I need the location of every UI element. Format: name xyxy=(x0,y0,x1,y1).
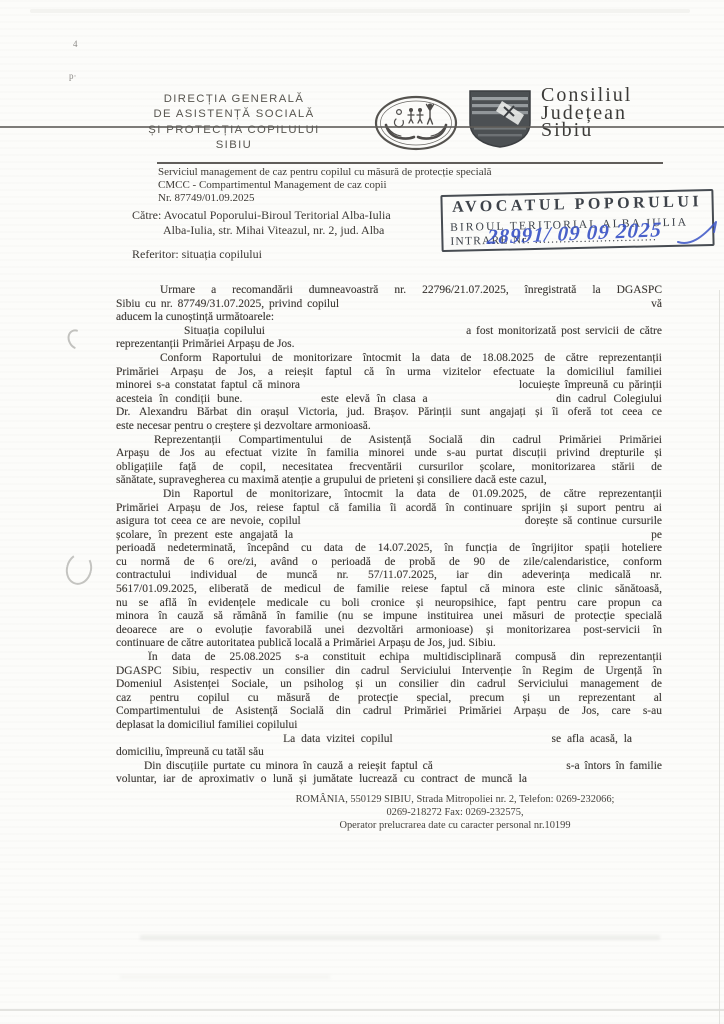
body-text: școlare, în prezent este angajată la xyxy=(116,529,293,543)
body-text: a fost monitorizată post servicii de căt… xyxy=(466,325,662,339)
body-line: Sibiu cu nr. 87749/31.07.2025, privind c… xyxy=(116,298,662,312)
ink-flourish xyxy=(676,216,722,250)
body-text: La data vizitei copilul xyxy=(283,733,393,747)
body-line: În data de 25.08.2025 s-a constituit ech… xyxy=(116,651,662,665)
body-line: deplasat la domiciliul familiei copilulu… xyxy=(116,719,662,733)
org-line: DIRECȚIA GENERALĂ xyxy=(120,92,348,107)
body-line: Din Raportul de monitorizare, întocmit l… xyxy=(116,488,662,502)
body-text: pe xyxy=(651,529,662,543)
body-line: nu se află în evidențele medicale cu bol… xyxy=(116,597,662,611)
pencil-mark-c xyxy=(64,326,89,353)
redacted-gap xyxy=(300,387,519,388)
footer-line: Operator prelucrarea date cu caracter pe… xyxy=(245,820,665,833)
body-text: este elevă în clasa a xyxy=(321,393,428,407)
body-line: minorei s-a constatat faptul că minoralo… xyxy=(116,379,662,393)
body-line: acesteia în condiții bune.este elevă în … xyxy=(116,393,662,407)
body-line: Arpașu de Jos au efectuat vizite în fami… xyxy=(116,447,662,461)
body-text: Sibiu cu nr. 87749/31.07.2025, privind c… xyxy=(116,298,339,312)
bleedthrough-smudge xyxy=(140,935,660,940)
redacted-gap xyxy=(433,768,566,769)
body-text: asigura tot ceea ce are nevoie, copilul xyxy=(116,515,301,529)
redacted-gap xyxy=(116,768,144,769)
recipient-line-2: Alba-Iulia, str. Mihai Viteazul, nr. 2, … xyxy=(163,223,384,238)
body-line: domiciliu, împreună cu tatăl său xyxy=(116,746,662,760)
recipient-line-1: Către: Avocatul Poporului-Biroul Teritor… xyxy=(132,208,391,223)
redacted-gap xyxy=(301,523,525,524)
body-line: voluntar, iar de aproximativ o lună și j… xyxy=(116,773,662,787)
bottom-scan-line xyxy=(0,1009,724,1011)
body-text: se afla acasă, la xyxy=(551,733,632,747)
body-text: minorei s-a constatat faptul că minora xyxy=(116,379,300,393)
body-text: vă xyxy=(651,298,662,312)
letter-footer: ROMÂNIA, 550129 SIBIU, Strada Mitropolie… xyxy=(245,794,665,833)
footer-line: 0269-218272 Fax: 0269-232575, xyxy=(245,807,665,820)
body-text: din cadrul Colegiului xyxy=(556,393,662,407)
org-line: SIBIU xyxy=(120,138,348,153)
body-line: caz pentru copilul cu măsură de protecți… xyxy=(116,692,662,706)
body-line: Din discuțiile purtate cu minora în cauz… xyxy=(116,760,662,774)
redacted-gap xyxy=(242,401,321,402)
redacted-gap xyxy=(393,741,552,742)
redacted-gap xyxy=(265,333,466,334)
body-line: obligațiile față de copil, necesitatea f… xyxy=(116,461,662,475)
body-line: DGASPC Sibiu, respectiv un consilier din… xyxy=(116,665,662,679)
body-text: locuiește împreună cu părinții xyxy=(519,379,662,393)
redacted-gap xyxy=(116,333,184,334)
redacted-gap xyxy=(339,306,651,307)
body-line: deoarece are o evoluție favorabilă unei … xyxy=(116,624,662,638)
page-edge-line xyxy=(719,290,720,1024)
council-line: Sibiu xyxy=(541,122,632,140)
dgaspc-hands-children-logo-icon xyxy=(374,95,458,151)
body-line: 5617/01.09.2025, eliberată de medicul de… xyxy=(116,583,662,597)
redacted-gap xyxy=(293,537,651,538)
org-header: DIRECȚIA GENERALĂ DE ASISTENȚĂ SOCIALĂ Ș… xyxy=(120,92,348,154)
body-line: asigura tot ceea ce are nevoie, copiluld… xyxy=(116,515,662,529)
body-line: sănătate, supravegherea cu maximă atenți… xyxy=(116,474,662,488)
body-line: este necesar pentru o creștere și dezvol… xyxy=(116,420,662,434)
service-line: CMCC - Compartimentul Management de caz … xyxy=(158,179,492,192)
body-text: s-a întors în familie xyxy=(566,760,662,774)
body-line: La data vizitei copilulse afla acasă, la xyxy=(116,733,662,747)
sibiu-coat-of-arms-icon xyxy=(468,89,532,149)
body-line: școlare, în prezent este angajată lape xyxy=(116,529,662,543)
body-line: minora în cauză să rămână în familie (nu… xyxy=(116,610,662,624)
body-line: perioadă nedeterminată, începând cu data… xyxy=(116,542,662,556)
body-line: Primăriei Arpașu de Jos, reiese faptul c… xyxy=(116,502,662,516)
bleedthrough-smudge xyxy=(120,975,330,979)
body-text: Din discuțiile purtate cu minora în cauz… xyxy=(144,760,433,774)
body-line: Primăriei Arpașu de Jos, a reieșit faptu… xyxy=(116,366,662,380)
stamp-institution: AVOCATUL POPORULUI xyxy=(442,193,711,217)
footer-line: ROMÂNIA, 550129 SIBIU, Strada Mitropolie… xyxy=(245,794,665,807)
body-line: Domeniul Asistenței Sociale, un psiholog… xyxy=(116,678,662,692)
service-line: Serviciul management de caz pentru copil… xyxy=(158,166,492,179)
body-text: acesteia în condiții bune. xyxy=(116,393,242,407)
redacted-gap xyxy=(632,741,662,742)
header-rule xyxy=(157,162,663,164)
subject-line: Referitor: situația copilului xyxy=(132,247,262,262)
body-line: Compartimentului de Asistență Socială di… xyxy=(116,705,662,719)
body-line: Dr. Alexandru Bărbat din orașul Victoria… xyxy=(116,406,662,420)
scan-speck: p· xyxy=(69,71,77,81)
body-line: contractului individual de muncă nr. 57/… xyxy=(116,569,662,583)
body-line: cu normă de 6 ore/zi, având o perioadă d… xyxy=(116,556,662,570)
scan-speck: 4 xyxy=(73,39,78,49)
body-line: reprezentanții Primăriei Arpașu de Jos. xyxy=(116,338,662,352)
body-line: Conform Raportului de monitorizare întoc… xyxy=(116,352,662,366)
scanned-letter-page: 4 p· DIRECȚIA GENERALĂ DE ASISTENȚĂ SOCI… xyxy=(0,0,724,1024)
body-line: Urmare a recomandării dumneavoastră nr. … xyxy=(116,284,662,298)
scan-artifact-line xyxy=(0,126,724,128)
body-line: Reprezentanții Compartimentului de Asist… xyxy=(116,434,662,448)
redacted-gap xyxy=(116,741,283,742)
org-line: DE ASISTENȚĂ SOCIALĂ xyxy=(120,107,348,122)
body-line: Situația copiluluia fost monitorizată po… xyxy=(116,325,662,339)
body-line: aducem la cunoștință următoarele: xyxy=(116,311,662,325)
council-name: Consiliul Județean Sibiu xyxy=(541,87,632,140)
letter-body: Urmare a recomandării dumneavoastră nr. … xyxy=(116,284,662,787)
scan-streak xyxy=(30,9,690,13)
body-text: dorește să continue cursurile xyxy=(525,515,662,529)
body-line: continuare de către autoritatea publică … xyxy=(116,637,662,651)
pencil-mark-ring xyxy=(63,550,96,587)
body-text: Situația copilului xyxy=(184,325,265,339)
redacted-gap xyxy=(428,401,557,402)
